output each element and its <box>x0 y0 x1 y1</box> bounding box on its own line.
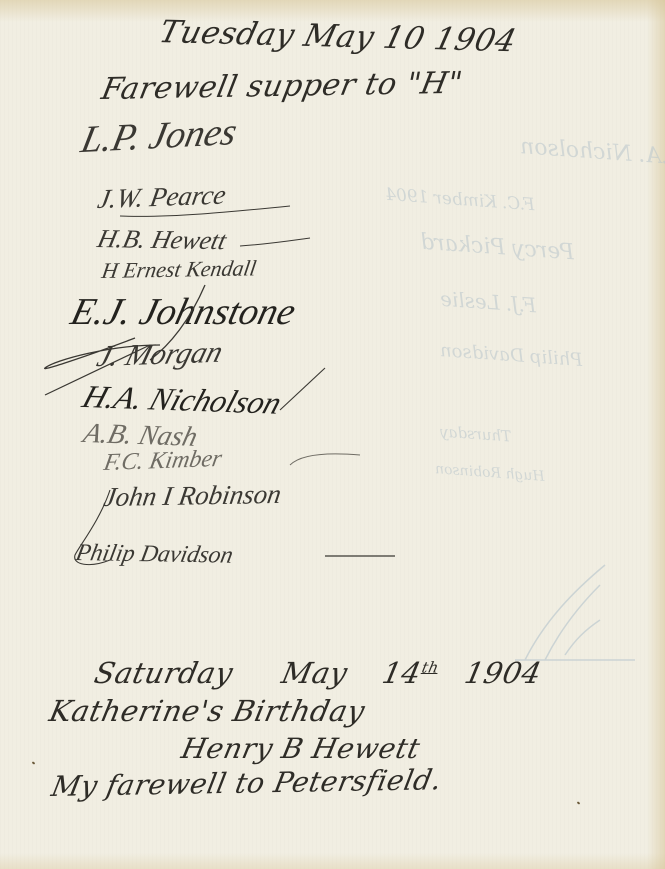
bleed-through-text: F.C. Kimber 1904 <box>384 185 535 215</box>
date-suffix: th <box>420 658 441 676</box>
bleed-through-text: H.A. Nicholson <box>519 134 665 171</box>
signature: J.W. Pearce <box>95 179 228 215</box>
date-day: 14 <box>379 656 424 690</box>
entry-note: My farewell to Petersfield. <box>49 763 445 803</box>
signature: Philip Davidson <box>73 540 235 570</box>
bleed-through-sketch <box>505 560 645 670</box>
signature: John I Robinson <box>102 479 284 513</box>
date-weekday: Saturday <box>91 656 236 690</box>
date-year: 1904 <box>462 656 545 690</box>
signature: E.J. Johnstone <box>67 290 301 334</box>
bleed-through-text: F.J. Leslie <box>439 287 537 318</box>
signature: L.P. Jones <box>77 110 241 163</box>
entry-occasion: Katherine's Birthday <box>46 694 368 728</box>
bleed-through-text: Percy Pickard <box>419 230 575 266</box>
entry-heading: Farewell supper to "H" <box>99 66 466 107</box>
signature: J. Morgan <box>93 335 227 374</box>
entry-date: Tuesday May 10 1904 <box>156 14 520 59</box>
signature: H.A. Nicholson <box>78 378 286 421</box>
signature: Henry B Hewett <box>178 732 423 765</box>
document-page: H.A. Nicholson F.C. Kimber 1904 Percy Pi… <box>0 0 665 869</box>
date-month: May <box>279 656 351 690</box>
bleed-through-text: Hugh Robinson <box>435 461 546 485</box>
bleed-through-text: Thursday <box>439 423 511 446</box>
paper-speck <box>577 801 581 804</box>
signature: H Ernest Kendall <box>100 255 258 284</box>
paper-speck <box>32 761 36 764</box>
bleed-through-text: Philip Davidson <box>439 340 583 371</box>
signature: F.C. Kimber <box>102 446 224 477</box>
signature: H.B. Hewett <box>95 224 230 256</box>
entry-date: Saturday May 14th 1904 <box>91 656 544 690</box>
